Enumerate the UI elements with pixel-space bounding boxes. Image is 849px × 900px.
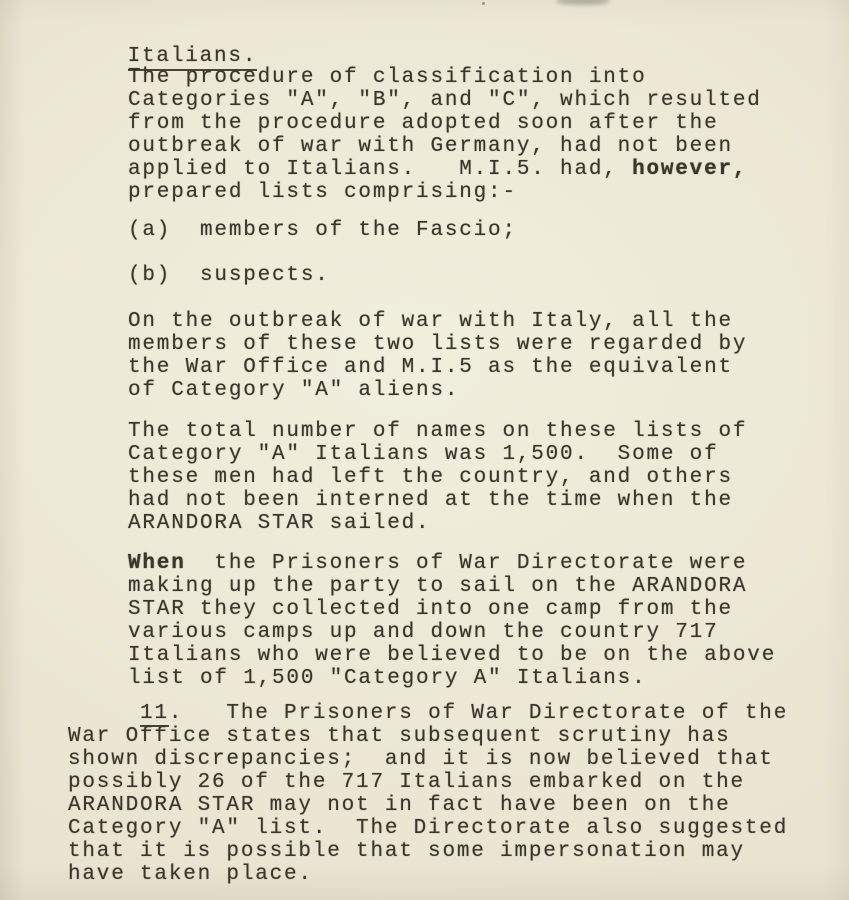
text-segment: have taken place. <box>68 863 313 886</box>
text-line: the War Office and M.I.5 as the equivale… <box>128 356 747 379</box>
text-segment: . The Prisoners of War Directorate of th… <box>169 702 788 725</box>
text-line: have taken place. <box>68 863 788 886</box>
text-line: that it is possible that some impersonat… <box>68 840 788 863</box>
text-line: ARANDORA STAR sailed. <box>128 512 747 535</box>
text-segment: these men had left the country, and othe… <box>128 466 733 489</box>
text-segment: Categories "A", "B", and "C", which resu… <box>128 89 762 112</box>
text-line: prepared lists comprising:- <box>128 181 762 204</box>
text-segment <box>68 702 140 725</box>
text-line: of Category "A" aliens. <box>128 379 747 402</box>
text-segment: Category "A" Italians was 1,500. Some of <box>128 443 718 466</box>
text-segment: outbreak of war with Germany, had not be… <box>128 135 733 158</box>
text-segment: The procedure of classification into <box>128 66 646 89</box>
text-segment: ARANDORA STAR may not in fact have been … <box>68 794 731 817</box>
text-line: The procedure of classification into <box>128 66 762 89</box>
text-line: Categories "A", "B", and "C", which resu… <box>128 89 762 112</box>
para-11-scrutiny: 11. The Prisoners of War Directorate of … <box>68 702 788 886</box>
scan-smudge <box>556 0 610 5</box>
text-segment: making up the party to sail on the ARAND… <box>128 575 747 598</box>
text-line: various camps up and down the country 71… <box>128 621 776 644</box>
text-segment: possibly 26 of the 717 Italians embarked… <box>68 771 745 794</box>
text-line: 11. The Prisoners of War Directorate of … <box>68 702 788 725</box>
text-line: (b) suspects. <box>128 264 330 287</box>
text-line: When the Prisoners of War Directorate we… <box>128 552 776 575</box>
text-line: from the procedure adopted soon after th… <box>128 112 762 135</box>
text-segment: STAR they collected into one camp from t… <box>128 598 733 621</box>
text-line: On the outbreak of war with Italy, all t… <box>128 310 747 333</box>
para-classification-procedure: The procedure of classification intoCate… <box>128 66 762 204</box>
text-segment: however, <box>632 158 747 181</box>
text-line: list of 1,500 "Category A" Italians. <box>128 667 776 690</box>
text-line: shown discrepancies; and it is now belie… <box>68 748 788 771</box>
text-segment: applied to Italians. M.I.5. had, <box>128 158 632 181</box>
text-segment: of Category "A" aliens. <box>128 379 459 402</box>
text-line: Category "A" Italians was 1,500. Some of <box>128 443 747 466</box>
list-item-a: (a) members of the Fascio; <box>128 219 517 242</box>
text-segment: the Prisoners of War Directorate were <box>186 552 748 575</box>
text-segment: (a) members of the Fascio; <box>128 219 517 242</box>
text-line: outbreak of war with Germany, had not be… <box>128 135 762 158</box>
text-line: The total number of names on these lists… <box>128 420 747 443</box>
text-line: (a) members of the Fascio; <box>128 219 517 242</box>
text-segment: shown discrepancies; and it is now belie… <box>68 748 774 771</box>
text-segment: The total number of names on these lists… <box>128 420 747 443</box>
text-segment: from the procedure adopted soon after th… <box>128 112 718 135</box>
text-segment: Category "A" list. The Directorate also … <box>68 817 788 840</box>
document-page: Italians. The procedure of classificatio… <box>0 0 849 900</box>
text-line: Italians who were believed to be on the … <box>128 644 776 667</box>
para-prisoners-directorate: When the Prisoners of War Directorate we… <box>128 552 776 690</box>
text-segment: 11 <box>140 702 169 727</box>
para-outbreak-of-war: On the outbreak of war with Italy, all t… <box>128 310 747 402</box>
text-segment: members of these two lists were regarded… <box>128 333 747 356</box>
text-segment: various camps up and down the country 71… <box>128 621 718 644</box>
text-segment: War Office states that subsequent scruti… <box>68 725 731 748</box>
text-line: these men had left the country, and othe… <box>128 466 747 489</box>
text-segment: the War Office and M.I.5 as the equivale… <box>128 356 733 379</box>
text-segment: (b) suspects. <box>128 264 330 287</box>
text-line: members of these two lists were regarded… <box>128 333 747 356</box>
text-segment: On the outbreak of war with Italy, all t… <box>128 310 733 333</box>
ink-speck <box>482 2 485 5</box>
text-line: STAR they collected into one camp from t… <box>128 598 776 621</box>
list-item-b: (b) suspects. <box>128 264 330 287</box>
text-line: Category "A" list. The Directorate also … <box>68 817 788 840</box>
text-segment: prepared lists comprising:- <box>128 181 517 204</box>
text-segment: list of 1,500 "Category A" Italians. <box>128 667 646 690</box>
text-line: had not been interned at the time when t… <box>128 489 747 512</box>
text-line: ARANDORA STAR may not in fact have been … <box>68 794 788 817</box>
text-line: applied to Italians. M.I.5. had, however… <box>128 158 762 181</box>
para-total-number: The total number of names on these lists… <box>128 420 747 535</box>
text-line: possibly 26 of the 717 Italians embarked… <box>68 771 788 794</box>
text-line: making up the party to sail on the ARAND… <box>128 575 776 598</box>
text-segment: ARANDORA STAR sailed. <box>128 512 430 535</box>
text-line: War Office states that subsequent scruti… <box>68 725 788 748</box>
text-segment: Italians who were believed to be on the … <box>128 644 776 667</box>
text-segment: that it is possible that some impersonat… <box>68 840 745 863</box>
text-segment: had not been interned at the time when t… <box>128 489 733 512</box>
text-segment: When <box>128 552 186 575</box>
